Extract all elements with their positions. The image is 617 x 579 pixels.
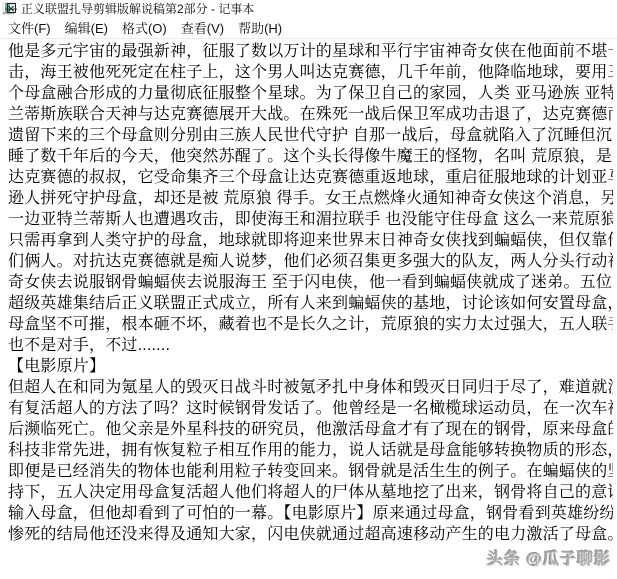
text-line: 科技非常先进，拥有恢复粒子相互作用的能力，说人话就是母盒能够转换物质的形态， [8,440,613,461]
text-line: 但超人在和同为氪星人的毁灭日战斗时被氪矛扎中身体和毁灭日同归于尽了，难道就没 [8,377,613,398]
watermark: 头条 @瓜子聊影 [487,546,611,569]
text-line: 即便是已经消失的物体也能利用粒子转变回来。钢骨就是活生生的例子。在蝙蝠侠的坚 [8,461,613,482]
text-line: 一边亚特兰蒂斯人也遭遇攻击，即使海王和湄拉联手 也没能守住母盒 这么一来荒原狼 [8,209,613,230]
text-area[interactable]: 他是多元宇宙的最强新神，征服了数以万计的星球和平行宇宙神奇女侠在他面前不堪一 击… [0,39,617,545]
text-line: 奇女侠去说服钢骨蝙蝠侠去说服海王 至于闪电侠，他一看到蝙蝠侠就成了迷弟。五位 [8,272,613,293]
text-line: 超级英雄集结后正义联盟正式成立，所有人来到蝙蝠侠的基地，讨论该如何安置母盒， [8,293,613,314]
text-line: 持下，五人决定用母盒复活超人他们将超人的尸体从墓地挖了出来，钢骨将自己的意识 [8,482,613,503]
text-line: 【电影原片】 [8,356,613,377]
title-bar: 正义联盟扎导剪辑版解说稿第2部分 - 记事本 — × [0,0,617,17]
text-line: 惨死的结局他还没来得及通知大家，闪电侠就通过超高速移动产生的电力激活了母盒。 [8,524,613,545]
menu-file[interactable]: 文件(F) [8,18,51,37]
text-line: 后濒临死亡。他父亲是外星科技的研究员，他激活母盒才有了现在的钢骨，原来母盒的 [8,419,613,440]
text-line: 逊人拼死守护母盒，却还是被 荒原狼 得手。女王点燃烽火通知神奇女侠这个消息，另 [8,188,613,209]
menu-format[interactable]: 格式(O) [122,18,167,37]
text-line: 击，海王被他死死定在柱子上，这个男人叫达克赛德，几千年前，他降临地球，要用三 [8,62,613,83]
menu-view[interactable]: 查看(V) [181,18,224,37]
text-line: 遗留下来的三个母盒则分别由三族人民世代守护 自那一战后，母盒就陷入了沉睡但沉 [8,125,613,146]
menu-edit[interactable]: 编辑(E) [65,18,108,37]
notepad-window: 正义联盟扎导剪辑版解说稿第2部分 - 记事本 — × 文件(F) 编辑(E) 格… [0,0,617,579]
text-line: 只需再拿到人类守护的母盒，地球就即将迎来世界末日神奇女侠找到蝙蝠侠，但仅靠他 [8,230,613,251]
text-line: 个母盒融合形成的力量彻底征服整个星球。为了保卫自己的家园，人类 亚马逊族 亚特 [8,83,613,104]
text-line: 有复活超人的方法了吗？这时候钢骨发话了。他曾经是一名橄榄球运动员，在一次车祸 [8,398,613,419]
text-line: 输入母盒，但他却看到了可怕的一幕。【电影原片】原来通过母盒，钢骨看到英雄纷纷 [8,503,613,524]
text-line: 他是多元宇宙的最强新神，征服了数以万计的星球和平行宇宙神奇女侠在他面前不堪一 [8,41,613,62]
window-title: 正义联盟扎导剪辑版解说稿第2部分 - 记事本 [21,0,254,17]
text-line: 们俩人。对抗达克赛德就是痴人说梦，他们必须召集更多强大的队友，两人分头行动神 [8,251,613,272]
text-line: 母盒坚不可摧，根本砸不坏，藏着也不是长久之计，荒原狼的实力太过强大，五人联手 [8,314,613,335]
text-line: 睡了数千年后的今天，他突然苏醒了。这个头长得像牛魔王的怪物，名叫 荒原狼，是 [8,146,613,167]
close-button[interactable]: × [0,0,22,16]
text-line: 达克赛德的叔叔，它受命集齐三个母盒让达克赛德重返地球，重启征服地球的计划亚马 [8,167,613,188]
text-line: 也不是对手，不过....... [8,335,613,356]
text-line: 兰蒂斯族联合天神与达克赛德展开大战。在殊死一战后保卫军成功击退了，达克赛德而 [8,104,613,125]
menu-bar: 文件(F) 编辑(E) 格式(O) 查看(V) 帮助(H) [0,17,617,39]
menu-help[interactable]: 帮助(H) [238,18,282,37]
